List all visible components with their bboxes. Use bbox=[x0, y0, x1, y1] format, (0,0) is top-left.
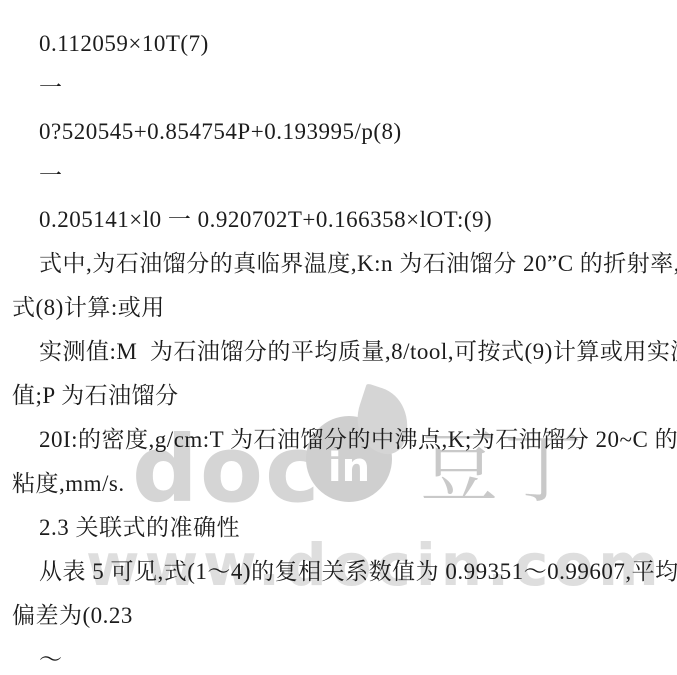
text-line: 式中,为石油馏分的真临界温度,K:n 为石油馏分 20”C 的折射率,可按 bbox=[0, 242, 677, 286]
text-line: 偏差为(0.23 bbox=[0, 594, 677, 638]
text-line: 实测值:M 为石油馏分的平均质量,8/tool,可按式(9)计算或用实测 bbox=[0, 330, 677, 374]
text-line: 0?520545+0.854754P+0.193995/p(8) bbox=[0, 110, 677, 154]
document-body: 0.112059×10T(7)一0?520545+0.854754P+0.193… bbox=[0, 0, 677, 675]
text-line: 20I:的密度,g/cm:T 为石油馏分的中沸点,K;为石油馏分 20~C 的运… bbox=[0, 418, 677, 462]
text-line: ～ bbox=[0, 638, 677, 675]
document-page: doc in 豆丁 www.docin.com 0.112059×10T(7)一… bbox=[0, 0, 677, 675]
text-line: 一 bbox=[0, 66, 677, 110]
text-line: 值;P 为石油馏分 bbox=[0, 374, 677, 418]
text-line: 一 bbox=[0, 154, 677, 198]
text-line: 式(8)计算:或用 bbox=[0, 286, 677, 330]
text-line: 粘度,mm/s. bbox=[0, 462, 677, 506]
text-line: 2.3 关联式的准确性 bbox=[0, 506, 677, 550]
text-line: 从表 5 可见,式(1～4)的复相关系数值为 0.99351～0.99607,平… bbox=[0, 550, 677, 594]
text-line: 0.112059×10T(7) bbox=[0, 22, 677, 66]
text-line: 0.205141×l0 一 0.920702T+0.166358×lOT:(9) bbox=[0, 198, 677, 242]
